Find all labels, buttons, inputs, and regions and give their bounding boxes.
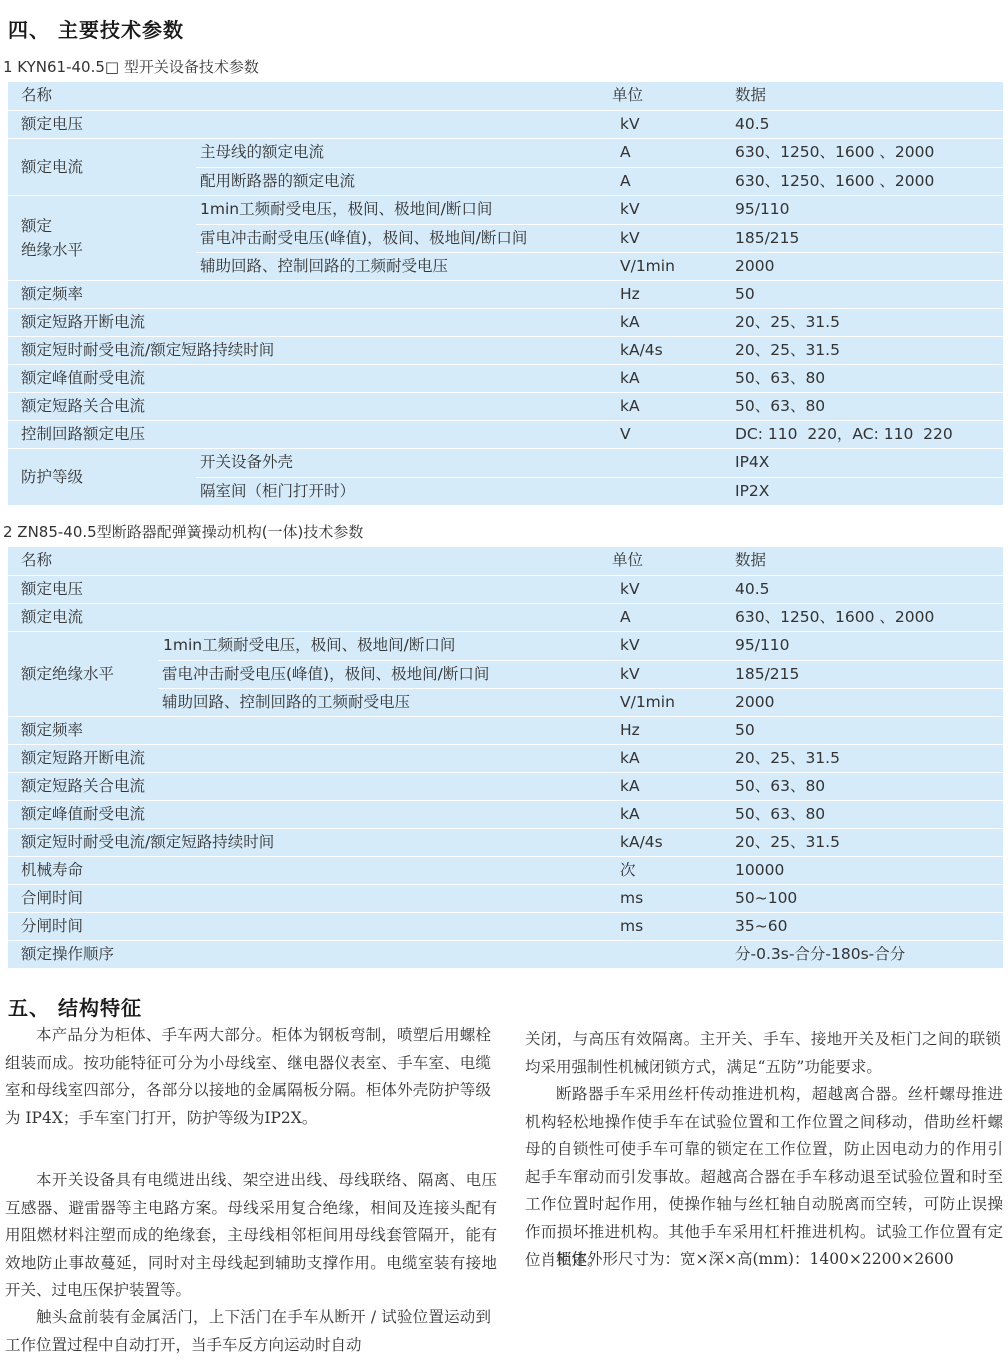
row-unit: kA — [620, 365, 640, 392]
table-row: 合闸时间 ms 50~100 — [8, 884, 1003, 912]
row-data: 50~100 — [735, 885, 797, 912]
table-row: 额定短路开断电流 kA 20、25、31.5 — [8, 744, 1003, 772]
subrow-name: 开关设备外壳 — [200, 449, 293, 476]
row-unit: kA — [620, 309, 640, 336]
row-name: 机械寿命 — [21, 857, 83, 884]
row-name: 额定短路关合电流 — [21, 393, 145, 420]
subrow-unit: kV — [620, 225, 640, 252]
row-data: 20、25、31.5 — [735, 829, 840, 856]
table-row: 额定短路关合电流 kA 50、63、80 — [8, 772, 1003, 800]
subrow-name: 隔室间（柜门打开时） — [200, 478, 355, 505]
subrow-unit: kV — [620, 661, 640, 688]
group-label: 额定绝缘水平 — [21, 662, 114, 686]
section-4-title: 四、 主要技术参数 — [8, 14, 184, 43]
table-row-group-rated-current: 额定电流 主母线的额定电流 A 630、1250、1600 、2000 配用断路… — [8, 138, 1003, 195]
row-data: 20、25、31.5 — [735, 745, 840, 772]
paragraph-shutters: 触头盒前装有金属活门，上下活门在手车从断开 / 试验位置运动到工作位置过程中自动… — [5, 1304, 491, 1359]
row-data: 50 — [735, 281, 755, 308]
subrow-name: 主母线的额定电流 — [200, 139, 324, 166]
subrow-data: 2000 — [735, 689, 774, 716]
row-unit: A — [620, 604, 631, 631]
row-unit: kV — [620, 111, 640, 138]
row-name: 额定操作顺序 — [21, 941, 114, 968]
row-data: 10000 — [735, 857, 784, 884]
table-subrow: 1min工频耐受电压，极间、极地间/断口间 kV 95/110 — [8, 196, 1003, 224]
row-data: DC: 110 220，AC: 110 220 — [735, 421, 953, 448]
subrow-name: 1min工频耐受电压，极间、极地间/断口间 — [200, 196, 492, 223]
row-data: 50、63、80 — [735, 393, 825, 420]
table-row: 额定短路开断电流 kA 20、25、31.5 — [8, 308, 1003, 336]
subrow-unit: V/1min — [620, 689, 675, 716]
header-data: 数据 — [735, 82, 766, 109]
table-row: 额定电压 kV 40.5 — [8, 110, 1003, 138]
row-name: 额定频率 — [21, 281, 83, 308]
table-row: 额定电压 kV 40.5 — [8, 575, 1003, 603]
row-name: 额定峰值耐受电流 — [21, 365, 145, 392]
table-subrow: 开关设备外壳 IP4X — [8, 449, 1003, 477]
table-header-row: 名称 单位 数据 — [8, 82, 1003, 110]
subrow-name: 雷电冲击耐受电压(峰值)，极间、极地间/断口间 — [200, 225, 527, 252]
subrow-name: 1min工频耐受电压，极间、极地间/断口间 — [163, 632, 455, 659]
row-name: 额定短时耐受电流/额定短路持续时间 — [21, 829, 274, 856]
subrow-data: IP2X — [735, 478, 769, 505]
row-data: 40.5 — [735, 111, 770, 138]
subrow-data: IP4X — [735, 449, 769, 476]
table-row: 额定短时耐受电流/额定短路持续时间 kA/4s 20、25、31.5 — [8, 828, 1003, 856]
paragraph-interlock: 关闭，与高压有效隔离。主开关、手车、接地开关及柜门之间的联锁均采用强制性机械闭锁… — [525, 1026, 1001, 1081]
table-row-group-insulation: 额定 绝缘水平 1min工频耐受电压，极间、极地间/断口间 kV 95/110 … — [8, 195, 1003, 280]
table-row: 额定频率 Hz 50 — [8, 280, 1003, 308]
subrow-data: 630、1250、1600 、2000 — [735, 139, 934, 166]
table-subrow: 主母线的额定电流 A 630、1250、1600 、2000 — [8, 139, 1003, 167]
subrow-data: 95/110 — [735, 196, 790, 223]
row-data: 40.5 — [735, 576, 770, 603]
section-5-title: 五、 结构特征 — [8, 992, 142, 1021]
table-zn85-params: 名称 单位 数据 额定电压 kV 40.5 额定电流 A 630、1250、16… — [8, 547, 1003, 968]
row-unit: kA — [620, 393, 640, 420]
subrow-name: 雷电冲击耐受电压(峰值)，极间、极地间/断口间 — [162, 661, 489, 688]
header-unit: 单位 — [612, 82, 643, 109]
subrow-data: 185/215 — [735, 661, 799, 688]
row-data: 20、25、31.5 — [735, 337, 840, 364]
subrow-name: 配用断路器的额定电流 — [200, 168, 355, 195]
row-unit: kA — [620, 773, 640, 800]
row-name: 额定电压 — [21, 576, 83, 603]
row-name: 额定电压 — [21, 111, 83, 138]
row-name: 合闸时间 — [21, 885, 83, 912]
row-name: 分闸时间 — [21, 913, 83, 940]
header-unit: 单位 — [612, 547, 643, 574]
row-data: 630、1250、1600 、2000 — [735, 604, 934, 631]
row-data: 50、63、80 — [735, 773, 825, 800]
table-row: 额定操作顺序 分-0.3s-合分-180s-合分 — [8, 940, 1003, 968]
subrow-name: 辅助回路、控制回路的工频耐受电压 — [200, 253, 448, 280]
row-name: 额定短路关合电流 — [21, 773, 145, 800]
table-subrow: 雷电冲击耐受电压(峰值)，极间、极地间/断口间 kV 185/215 — [158, 660, 1003, 688]
row-name: 额定短路开断电流 — [21, 309, 145, 336]
table-subrow: 1min工频耐受电压，极间、极地间/断口间 kV 95/110 — [8, 632, 1003, 660]
header-name: 名称 — [21, 82, 52, 109]
subrow-data: 2000 — [735, 253, 774, 280]
row-unit: Hz — [620, 717, 640, 744]
row-data: 50 — [735, 717, 755, 744]
row-unit: 次 — [620, 857, 636, 884]
row-unit: kA/4s — [620, 337, 663, 364]
table-2-caption: 2 ZN85-40.5型断路器配弹簧操动机构(一体)技术参数 — [3, 521, 363, 542]
table-row: 额定峰值耐受电流 kA 50、63、80 — [8, 800, 1003, 828]
table-subrow: 辅助回路、控制回路的工频耐受电压 V/1min 2000 — [158, 688, 1003, 716]
row-unit: Hz — [620, 281, 640, 308]
table-header-row: 名称 单位 数据 — [8, 547, 1003, 575]
row-name: 控制回路额定电压 — [21, 421, 145, 448]
header-name: 名称 — [21, 547, 52, 574]
table-subrow: 隔室间（柜门打开时） IP2X — [196, 477, 1003, 505]
subrow-data: 95/110 — [735, 632, 790, 659]
table-row: 额定电流 A 630、1250、1600 、2000 — [8, 603, 1003, 631]
table-row-group-insulation: 额定绝缘水平 1min工频耐受电压，极间、极地间/断口间 kV 95/110 雷… — [8, 631, 1003, 716]
row-unit: kA — [620, 801, 640, 828]
row-name: 额定短路开断电流 — [21, 745, 145, 772]
paragraph-circuit-schemes: 本开关设备具有电缆进出线、架空进出线、母线联络、隔离、电压互感器、避雷器等主电路… — [5, 1167, 497, 1305]
table-subrow: 辅助回路、控制回路的工频耐受电压 V/1min 2000 — [196, 252, 1003, 280]
row-unit: kV — [620, 576, 640, 603]
row-unit: kA — [620, 745, 640, 772]
table-row: 分闸时间 ms 35~60 — [8, 912, 1003, 940]
table-row: 额定短路关合电流 kA 50、63、80 — [8, 392, 1003, 420]
paragraph-dimensions: 柜体外形尺寸为：宽×深×高(mm)：1400×2200×2600 — [525, 1246, 1003, 1274]
subrow-unit: A — [620, 139, 631, 166]
row-unit: ms — [620, 913, 643, 940]
table-row: 额定峰值耐受电流 kA 50、63、80 — [8, 364, 1003, 392]
table-kyn61-params: 名称 单位 数据 额定电压 kV 40.5 额定电流 主母线的额定电流 A 63… — [8, 82, 1003, 505]
paragraph-body-structure: 本产品分为柜体、手车两大部分。柜体为钢板弯制，喷塑后用螺栓组装而成。按功能特征可… — [5, 1022, 491, 1132]
table-subrow: 雷电冲击耐受电压(峰值)，极间、极地间/断口间 kV 185/215 — [196, 224, 1003, 252]
table-row: 机械寿命 次 10000 — [8, 856, 1003, 884]
row-name: 额定频率 — [21, 717, 83, 744]
row-data: 35~60 — [735, 913, 787, 940]
subrow-unit: V/1min — [620, 253, 675, 280]
row-data: 50、63、80 — [735, 365, 825, 392]
row-data: 20、25、31.5 — [735, 309, 840, 336]
row-unit: V — [620, 421, 631, 448]
header-data: 数据 — [735, 547, 766, 574]
row-name: 额定峰值耐受电流 — [21, 801, 145, 828]
row-data: 分-0.3s-合分-180s-合分 — [735, 941, 905, 968]
subrow-unit: kV — [620, 196, 640, 223]
group-label-line2: 绝缘水平 — [21, 238, 83, 262]
table-row: 控制回路额定电压 V DC: 110 220，AC: 110 220 — [8, 420, 1003, 448]
row-name: 额定短时耐受电流/额定短路持续时间 — [21, 337, 274, 364]
subrow-name: 辅助回路、控制回路的工频耐受电压 — [162, 689, 410, 716]
subrow-data: 185/215 — [735, 225, 799, 252]
row-unit: ms — [620, 885, 643, 912]
table-row-group-protection: 防护等级 开关设备外壳 IP4X 隔室间（柜门打开时） IP2X — [8, 448, 1003, 505]
table-row: 额定短时耐受电流/额定短路持续时间 kA/4s 20、25、31.5 — [8, 336, 1003, 364]
subrow-data: 630、1250、1600 、2000 — [735, 168, 934, 195]
subrow-unit: A — [620, 168, 631, 195]
row-unit: kA/4s — [620, 829, 663, 856]
table-row: 额定频率 Hz 50 — [8, 716, 1003, 744]
row-data: 50、63、80 — [735, 801, 825, 828]
table-subrow: 配用断路器的额定电流 A 630、1250、1600 、2000 — [196, 167, 1003, 195]
row-name: 额定电流 — [21, 604, 83, 631]
subrow-unit: kV — [620, 632, 640, 659]
table-1-caption: 1 KYN61-40.5□ 型开关设备技术参数 — [3, 56, 259, 77]
